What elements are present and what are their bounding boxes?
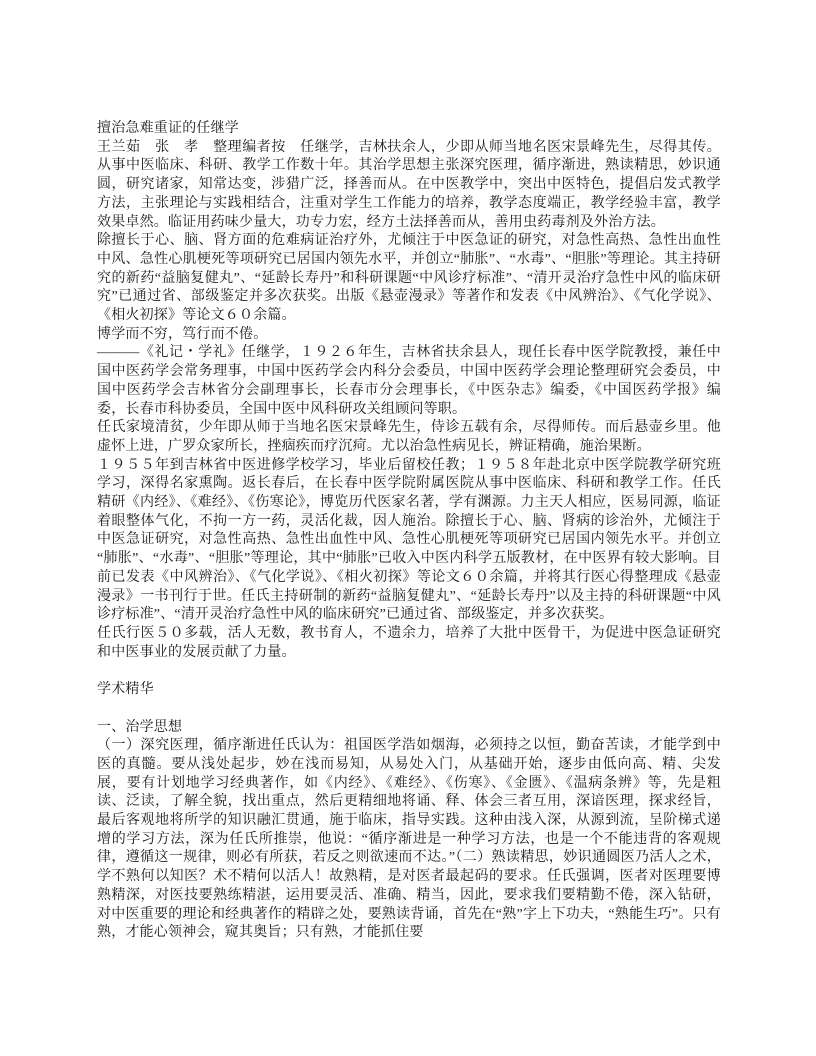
- blank-line: [97, 662, 721, 681]
- paragraph: 王兰茹 张 孝 整理编者按 任继学，吉林扶余人，少即从师当地名医宋景峰先生，尽得…: [97, 139, 721, 233]
- paragraph: 任氏行医５０多载，活人无数，教书育人，不遗余力，培养了大批中医骨干，为促进中医急…: [97, 625, 721, 662]
- paragraph: 除擅长于心、脑、肾方面的危难病证治疗外，尤倾注于中医急证的研究，对急性高热、急性…: [97, 232, 721, 326]
- document-content: 擅治急难重证的任继学 王兰茹 张 孝 整理编者按 任继学，吉林扶余人，少即从师当…: [97, 120, 721, 943]
- paragraph: ———《礼记・学礼》任继学，１９２６年生，吉林省扶余县人，现任长春中医学院教授，…: [97, 344, 721, 419]
- document-title: 擅治急难重证的任继学: [97, 120, 721, 139]
- paragraph: 博学而不穷，笃行而不倦。: [97, 326, 721, 345]
- paragraph: １９５５年到吉林省中医进修学校学习，毕业后留校任教；１９５８年赴北京中医学院教学…: [97, 457, 721, 625]
- document-page: 擅治急难重证的任继学 王兰茹 张 孝 整理编者按 任继学，吉林扶余人，少即从师当…: [0, 0, 816, 1056]
- section-heading: 学术精华: [97, 681, 721, 700]
- blank-line: [97, 700, 721, 719]
- paragraph: （一）深究医理，循序渐进任氏认为：祖国医学浩如烟海，必须持之以恒，勤奋苦读，才能…: [97, 737, 721, 943]
- document-body: 王兰茹 张 孝 整理编者按 任继学，吉林扶余人，少即从师当地名医宋景峰先生，尽得…: [97, 139, 721, 943]
- paragraph: 任氏家境清贫，少年即从师于当地名医宋景峰先生，侍诊五载有余，尽得师传。而后悬壶乡…: [97, 419, 721, 456]
- paragraph: 一、治学思想: [97, 719, 721, 738]
